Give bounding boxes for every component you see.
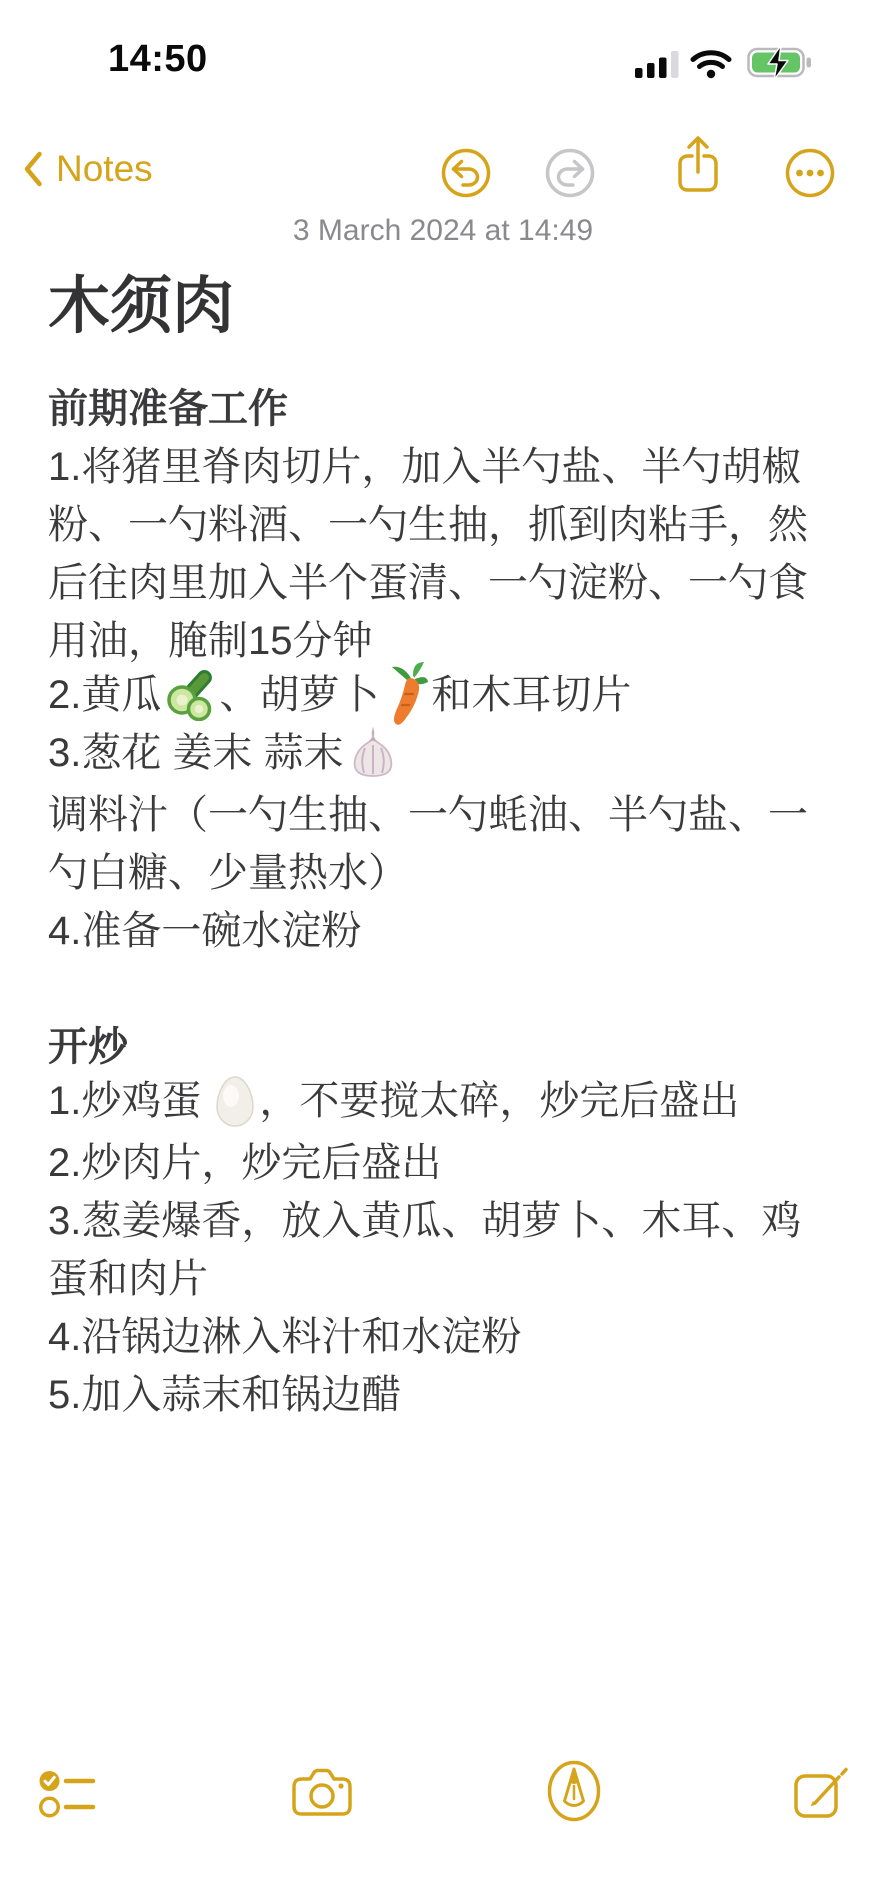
prep-step4[interactable]: 4.准备一碗水淀粉 xyxy=(48,898,854,956)
prep-step1-line1[interactable]: 1.将猪里脊肉切片，加入半勺盐、半勺胡椒 xyxy=(48,434,854,492)
prep-step1-line3[interactable]: 后往肉里加入半个蛋清、一勺淀粉、一勺食 xyxy=(48,550,854,608)
cellular-signal-icon xyxy=(634,50,680,78)
undo-icon xyxy=(440,147,492,199)
prep-step2-text-2: 、胡萝卜 xyxy=(219,666,379,724)
markup-button[interactable] xyxy=(546,1760,602,1822)
back-button-label: Notes xyxy=(56,146,153,192)
cook-step3-line1[interactable]: 3.葱姜爆香，放入黄瓜、胡萝卜、木耳、鸡 xyxy=(48,1188,854,1246)
camera-icon xyxy=(290,1768,354,1820)
camera-button[interactable] xyxy=(290,1768,354,1820)
more-icon xyxy=(784,147,836,199)
prep-step3-text: 3.葱花 姜末 蒜末 xyxy=(48,724,344,782)
share-icon xyxy=(670,132,726,198)
egg-emoji xyxy=(213,1074,257,1128)
cook-step1-text-1: 1.炒鸡蛋 xyxy=(48,1072,201,1130)
wifi-icon xyxy=(690,49,732,79)
redo-button[interactable] xyxy=(542,140,598,206)
prep-step2-text-3: 和木耳切片 xyxy=(431,666,631,724)
redo-icon xyxy=(544,147,596,199)
prep-step1-line2[interactable]: 粉、一勺料酒、一勺生抽，抓到肉粘手，然 xyxy=(48,492,854,550)
undo-button[interactable] xyxy=(438,140,494,206)
prep-step1-line4[interactable]: 用油，腌制15分钟 xyxy=(48,608,854,666)
prep-step2-line[interactable]: 2.黄瓜 、胡萝卜 和木耳切片 xyxy=(48,666,854,724)
cook-heading[interactable]: 开炒 xyxy=(48,1014,854,1072)
prep-heading[interactable]: 前期准备工作 xyxy=(48,376,854,434)
note-date: 3 March 2024 at 14:49 xyxy=(0,210,886,252)
garlic-emoji xyxy=(347,726,399,780)
cook-step1-text-2: ，不要搅太碎，炒完后盛出 xyxy=(259,1072,739,1130)
more-button[interactable] xyxy=(782,140,838,206)
back-button[interactable]: Notes xyxy=(22,146,153,192)
cook-step3-line2[interactable]: 蛋和肉片 xyxy=(48,1246,854,1304)
empty-line[interactable] xyxy=(48,956,854,1014)
cook-step4[interactable]: 4.沿锅边淋入料汁和水淀粉 xyxy=(48,1304,854,1362)
sauce-line2[interactable]: 勺白糖、少量热水） xyxy=(48,840,854,898)
checklist-button[interactable] xyxy=(38,1768,96,1820)
prep-step3-line[interactable]: 3.葱花 姜末 蒜末 xyxy=(48,724,854,782)
share-button[interactable] xyxy=(670,132,726,198)
note-body[interactable]: 前期准备工作 1.将猪里脊肉切片，加入半勺盐、半勺胡椒 粉、一勺料酒、一勺生抽，… xyxy=(48,376,854,1420)
notes-app-screen: 14:50 Notes xyxy=(0,0,886,1890)
note-title[interactable]: 木须肉 xyxy=(48,268,234,346)
cook-step5[interactable]: 5.加入蒜末和锅边醋 xyxy=(48,1362,854,1420)
cook-step1-line[interactable]: 1.炒鸡蛋 ，不要搅太碎，炒完后盛出 xyxy=(48,1072,854,1130)
compose-icon xyxy=(790,1760,850,1820)
sauce-line1[interactable]: 调料汁（一勺生抽、一勺蚝油、半勺盐、一 xyxy=(48,782,854,840)
carrot-emoji xyxy=(382,661,428,729)
checklist-icon xyxy=(38,1768,96,1820)
prep-step2-text-1: 2.黄瓜 xyxy=(48,666,161,724)
status-time: 14:50 xyxy=(108,38,208,81)
cook-step2[interactable]: 2.炒肉片，炒完后盛出 xyxy=(48,1130,854,1188)
battery-charging-icon xyxy=(746,44,816,82)
markup-icon xyxy=(546,1760,602,1822)
compose-button[interactable] xyxy=(790,1760,850,1820)
chevron-left-icon xyxy=(22,150,44,188)
cucumber-emoji xyxy=(164,669,216,721)
